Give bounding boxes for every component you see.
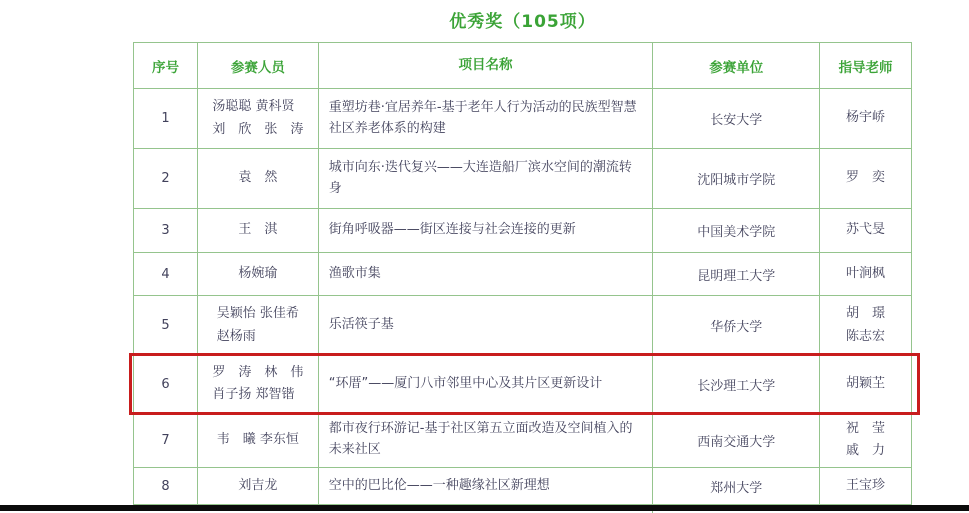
- cell-teacher: 罗 奕: [820, 149, 911, 209]
- cell-teacher: 胡 璟 陈志宏: [820, 296, 911, 356]
- cell-unit: 华侨大学: [653, 296, 820, 356]
- teacher-text: 杨宇峤: [846, 107, 885, 129]
- people-text: 罗 涛 林 伟 肖子扬 郑智锴: [212, 362, 303, 406]
- header-cell-project: 项目名称: [319, 43, 654, 89]
- award-table: 序号 参赛人员 项目名称 参赛单位 指导老师 1 汤聪聪 黄科贤 刘 欣 张 涛…: [133, 42, 912, 510]
- page-title: 优秀奖（105项）: [133, 7, 912, 32]
- cell-unit: 长沙理工大学: [653, 356, 820, 413]
- teacher-text: 胡 璟 陈志宏: [846, 303, 885, 347]
- cell-project: “环厝”——厦门八市邻里中心及其片区更新设计: [319, 356, 654, 413]
- teacher-text: 祝 莹 戚 力: [846, 418, 885, 462]
- cell-project: 城市向东·迭代复兴——大连造船厂滨水空间的潮流转身: [319, 149, 654, 209]
- cell-no: 7: [134, 413, 198, 468]
- cell-unit: 中国美术学院: [653, 209, 820, 253]
- people-text: 韦 曦 李东恒: [217, 429, 299, 451]
- cell-people: 刘吉龙: [198, 468, 319, 505]
- table-header-row: 序号 参赛人员 项目名称 参赛单位 指导老师: [134, 43, 911, 89]
- table-row: 7 韦 曦 李东恒 都市夜行环游记-基于社区第五立面改造及空间植入的未来社区 西…: [134, 413, 911, 468]
- people-text: 王 淇: [238, 219, 277, 241]
- cell-no: 8: [134, 468, 198, 505]
- teacher-text: 胡颖芏: [846, 373, 885, 395]
- people-text: 吴颖怡 张佳希 赵杨雨: [217, 303, 299, 347]
- cell-unit: 郑州大学: [653, 468, 820, 505]
- cell-unit: 昆明理工大学: [653, 253, 820, 296]
- cell-teacher: 胡颖芏: [820, 356, 911, 413]
- highlighted-table-row: 6 罗 涛 林 伟 肖子扬 郑智锴 “环厝”——厦门八市邻里中心及其片区更新设计…: [134, 356, 911, 413]
- cell-unit: 沈阳城市学院: [653, 149, 820, 209]
- cell-teacher: 苏弋旻: [820, 209, 911, 253]
- cell-project: 乐活筷子基: [319, 296, 654, 356]
- people-text: 袁 然: [238, 167, 277, 189]
- cell-project: 重塑坊巷·宜居养年-基于老年人行为活动的民族型智慧社区养老体系的构建: [319, 89, 654, 149]
- header-cell-people: 参赛人员: [198, 43, 319, 89]
- teacher-text: 王宝珍: [846, 475, 885, 497]
- cell-project: 渔歌市集: [319, 253, 654, 296]
- cell-teacher: 王宝珍: [820, 468, 911, 505]
- cell-project: 街角呼吸器——街区连接与社会连接的更新: [319, 209, 654, 253]
- cell-people: 吴颖怡 张佳希 赵杨雨: [198, 296, 319, 356]
- cell-people: 袁 然: [198, 149, 319, 209]
- teacher-text: 苏弋旻: [846, 219, 885, 241]
- table-row: 5 吴颖怡 张佳希 赵杨雨 乐活筷子基 华侨大学 胡 璟 陈志宏: [134, 296, 911, 356]
- teacher-text: 罗 奕: [846, 167, 885, 189]
- cell-no: 2: [134, 149, 198, 209]
- table-row: 4 杨婉瑜 渔歌市集 昆明理工大学 叶涧枫: [134, 253, 911, 296]
- cell-no: 6: [134, 356, 198, 413]
- table-row: 1 汤聪聪 黄科贤 刘 欣 张 涛 重塑坊巷·宜居养年-基于老年人行为活动的民族…: [134, 89, 911, 149]
- people-text: 杨婉瑜: [238, 263, 277, 285]
- cell-teacher: 叶涧枫: [820, 253, 911, 296]
- cell-people: 罗 涛 林 伟 肖子扬 郑智锴: [198, 356, 319, 413]
- cell-unit: 西南交通大学: [653, 413, 820, 468]
- cell-teacher: 祝 莹 戚 力: [820, 413, 911, 468]
- table-row: 3 王 淇 街角呼吸器——街区连接与社会连接的更新 中国美术学院 苏弋旻: [134, 209, 911, 253]
- cell-no: 1: [134, 89, 198, 149]
- cell-project: 空中的巴比伦——一种趣缘社区新理想: [319, 468, 654, 505]
- people-text: 汤聪聪 黄科贤 刘 欣 张 涛: [212, 96, 303, 140]
- cell-people: 王 淇: [198, 209, 319, 253]
- table-row: 2 袁 然 城市向东·迭代复兴——大连造船厂滨水空间的潮流转身 沈阳城市学院 罗…: [134, 149, 911, 209]
- cell-unit: 长安大学: [653, 89, 820, 149]
- cell-no: 4: [134, 253, 198, 296]
- table-row: 8 刘吉龙 空中的巴比伦——一种趣缘社区新理想 郑州大学 王宝珍: [134, 468, 911, 505]
- cell-people: 汤聪聪 黄科贤 刘 欣 张 涛: [198, 89, 319, 149]
- cell-people: 杨婉瑜: [198, 253, 319, 296]
- teacher-text: 叶涧枫: [846, 263, 885, 285]
- cell-teacher: 杨宇峤: [820, 89, 911, 149]
- header-cell-unit: 参赛单位: [653, 43, 820, 89]
- cell-project: 都市夜行环游记-基于社区第五立面改造及空间植入的未来社区: [319, 413, 654, 468]
- cell-no: 5: [134, 296, 198, 356]
- cell-no: 3: [134, 209, 198, 253]
- cell-people: 韦 曦 李东恒: [198, 413, 319, 468]
- header-cell-teacher: 指导老师: [820, 43, 911, 89]
- people-text: 刘吉龙: [238, 475, 277, 497]
- bottom-divider-bar: [0, 505, 969, 511]
- header-cell-no: 序号: [134, 43, 198, 89]
